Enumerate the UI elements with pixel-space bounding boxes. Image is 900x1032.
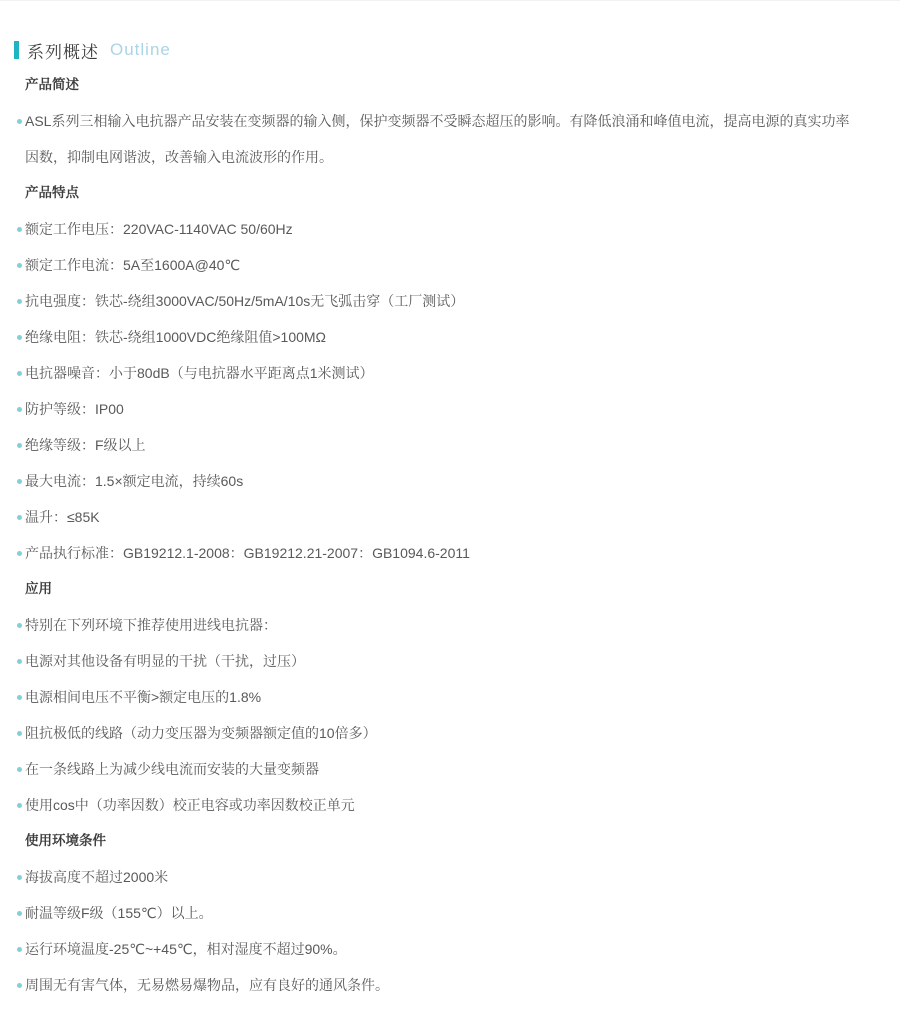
bullet-icon [17,731,22,736]
list-item: 产品执行标准：GB19212.1-2008：GB19212.21-2007：GB… [14,535,860,571]
list-item: 耐温等级F级（155℃）以上。 [14,895,860,931]
list-item: 特别在下列环境下推荐使用进线电抗器： [14,607,860,643]
list-item-text: 在一条线路上为减少线电流而安装的大量变频器 [25,751,860,787]
list-item-text: 最大电流：1.5×额定电流，持续60s [25,463,860,499]
content-sections: 产品简述ASL系列三相输入电抗器产品安装在变频器的输入侧，保护变频器不受瞬态超压… [14,67,860,1003]
bullet-icon [17,911,22,916]
list-item-text: 运行环境温度-25℃~+45℃，相对湿度不超过90%。 [25,931,860,967]
list-item-text: 周围无有害气体，无易燃易爆物品，应有良好的通风条件。 [25,967,860,1003]
list-item-text: 额定工作电流：5A至1600A@40℃ [25,247,860,283]
list-item-text: 绝缘等级：F级以上 [25,427,860,463]
bullet-icon [17,227,22,232]
list-item-text: 电抗器噪音：小于80dB（与电抗器水平距离点1米测试） [25,355,860,391]
bullet-icon [17,479,22,484]
bullet-icon [17,299,22,304]
list-item: 额定工作电流：5A至1600A@40℃ [14,247,860,283]
bullet-icon [17,695,22,700]
list-item-text: 绝缘电阻：铁芯-绕组1000VDC绝缘阻值>100MΩ [25,319,860,355]
list-item: 抗电强度：铁芯-绕组3000VAC/50Hz/5mA/10s无飞弧击穿（工厂测试… [14,283,860,319]
bullet-icon [17,407,22,412]
list-item: 绝缘等级：F级以上 [14,427,860,463]
accent-bar-icon [14,41,19,59]
list-item: 电源相间电压不平衡>额定电压的1.8% [14,679,860,715]
list-item: 电抗器噪音：小于80dB（与电抗器水平距离点1米测试） [14,355,860,391]
bullet-icon [17,875,22,880]
list-item-text: 额定工作电压：220VAC-1140VAC 50/60Hz [25,211,860,247]
list-item-text: 特别在下列环境下推荐使用进线电抗器： [25,607,860,643]
list-item: 使用cos中（功率因数）校正电容或功率因数校正单元 [14,787,860,823]
page-subtitle: Outline [110,40,171,60]
list-item-text: 电源对其他设备有明显的干扰（干扰，过压） [25,643,860,679]
section-heading: 使用环境条件 [14,823,860,859]
list-item-text: ASL系列三相输入电抗器产品安装在变频器的输入侧，保护变频器不受瞬态超压的影响。… [25,103,860,175]
section-heading: 产品简述 [14,67,860,103]
bullet-icon [17,443,22,448]
bullet-icon [17,119,22,124]
list-item: 海拔高度不超过2000米 [14,859,860,895]
bullet-icon [17,983,22,988]
bullet-icon [17,947,22,952]
bullet-icon [17,623,22,628]
list-item: 阻抗极低的线路（动力变压器为变频器额定值的10倍多） [14,715,860,751]
list-item-text: 抗电强度：铁芯-绕组3000VAC/50Hz/5mA/10s无飞弧击穿（工厂测试… [25,283,860,319]
list-item-text: 产品执行标准：GB19212.1-2008：GB19212.21-2007：GB… [25,535,860,571]
list-item-text: 温升：≤85K [25,499,860,535]
list-item-text: 电源相间电压不平衡>额定电压的1.8% [25,679,860,715]
list-item-text: 海拔高度不超过2000米 [25,859,860,895]
list-item: 防护等级：IP00 [14,391,860,427]
list-item: 电源对其他设备有明显的干扰（干扰，过压） [14,643,860,679]
list-item: ASL系列三相输入电抗器产品安装在变频器的输入侧，保护变频器不受瞬态超压的影响。… [14,103,860,175]
list-item: 周围无有害气体，无易燃易爆物品，应有良好的通风条件。 [14,967,860,1003]
list-item-text: 阻抗极低的线路（动力变压器为变频器额定值的10倍多） [25,715,860,751]
section-header: 系列概述 Outline [14,37,880,63]
list-item-text: 耐温等级F级（155℃）以上。 [25,895,860,931]
bullet-icon [17,803,22,808]
list-item: 额定工作电压：220VAC-1140VAC 50/60Hz [14,211,860,247]
section-heading: 应用 [14,571,860,607]
list-item: 运行环境温度-25℃~+45℃，相对湿度不超过90%。 [14,931,860,967]
bullet-icon [17,551,22,556]
list-item-text: 使用cos中（功率因数）校正电容或功率因数校正单元 [25,787,860,823]
list-item: 绝缘电阻：铁芯-绕组1000VDC绝缘阻值>100MΩ [14,319,860,355]
page-title: 系列概述 [27,38,99,63]
bullet-icon [17,515,22,520]
list-item: 温升：≤85K [14,499,860,535]
bullet-icon [17,659,22,664]
bullet-icon [17,335,22,340]
list-item: 在一条线路上为减少线电流而安装的大量变频器 [14,751,860,787]
bullet-icon [17,263,22,268]
bullet-icon [17,767,22,772]
list-item: 最大电流：1.5×额定电流，持续60s [14,463,860,499]
bullet-icon [17,371,22,376]
list-item-text: 防护等级：IP00 [25,391,860,427]
product-outline-page: 系列概述 Outline 产品简述ASL系列三相输入电抗器产品安装在变频器的输入… [0,0,900,1032]
section-heading: 产品特点 [14,175,860,211]
